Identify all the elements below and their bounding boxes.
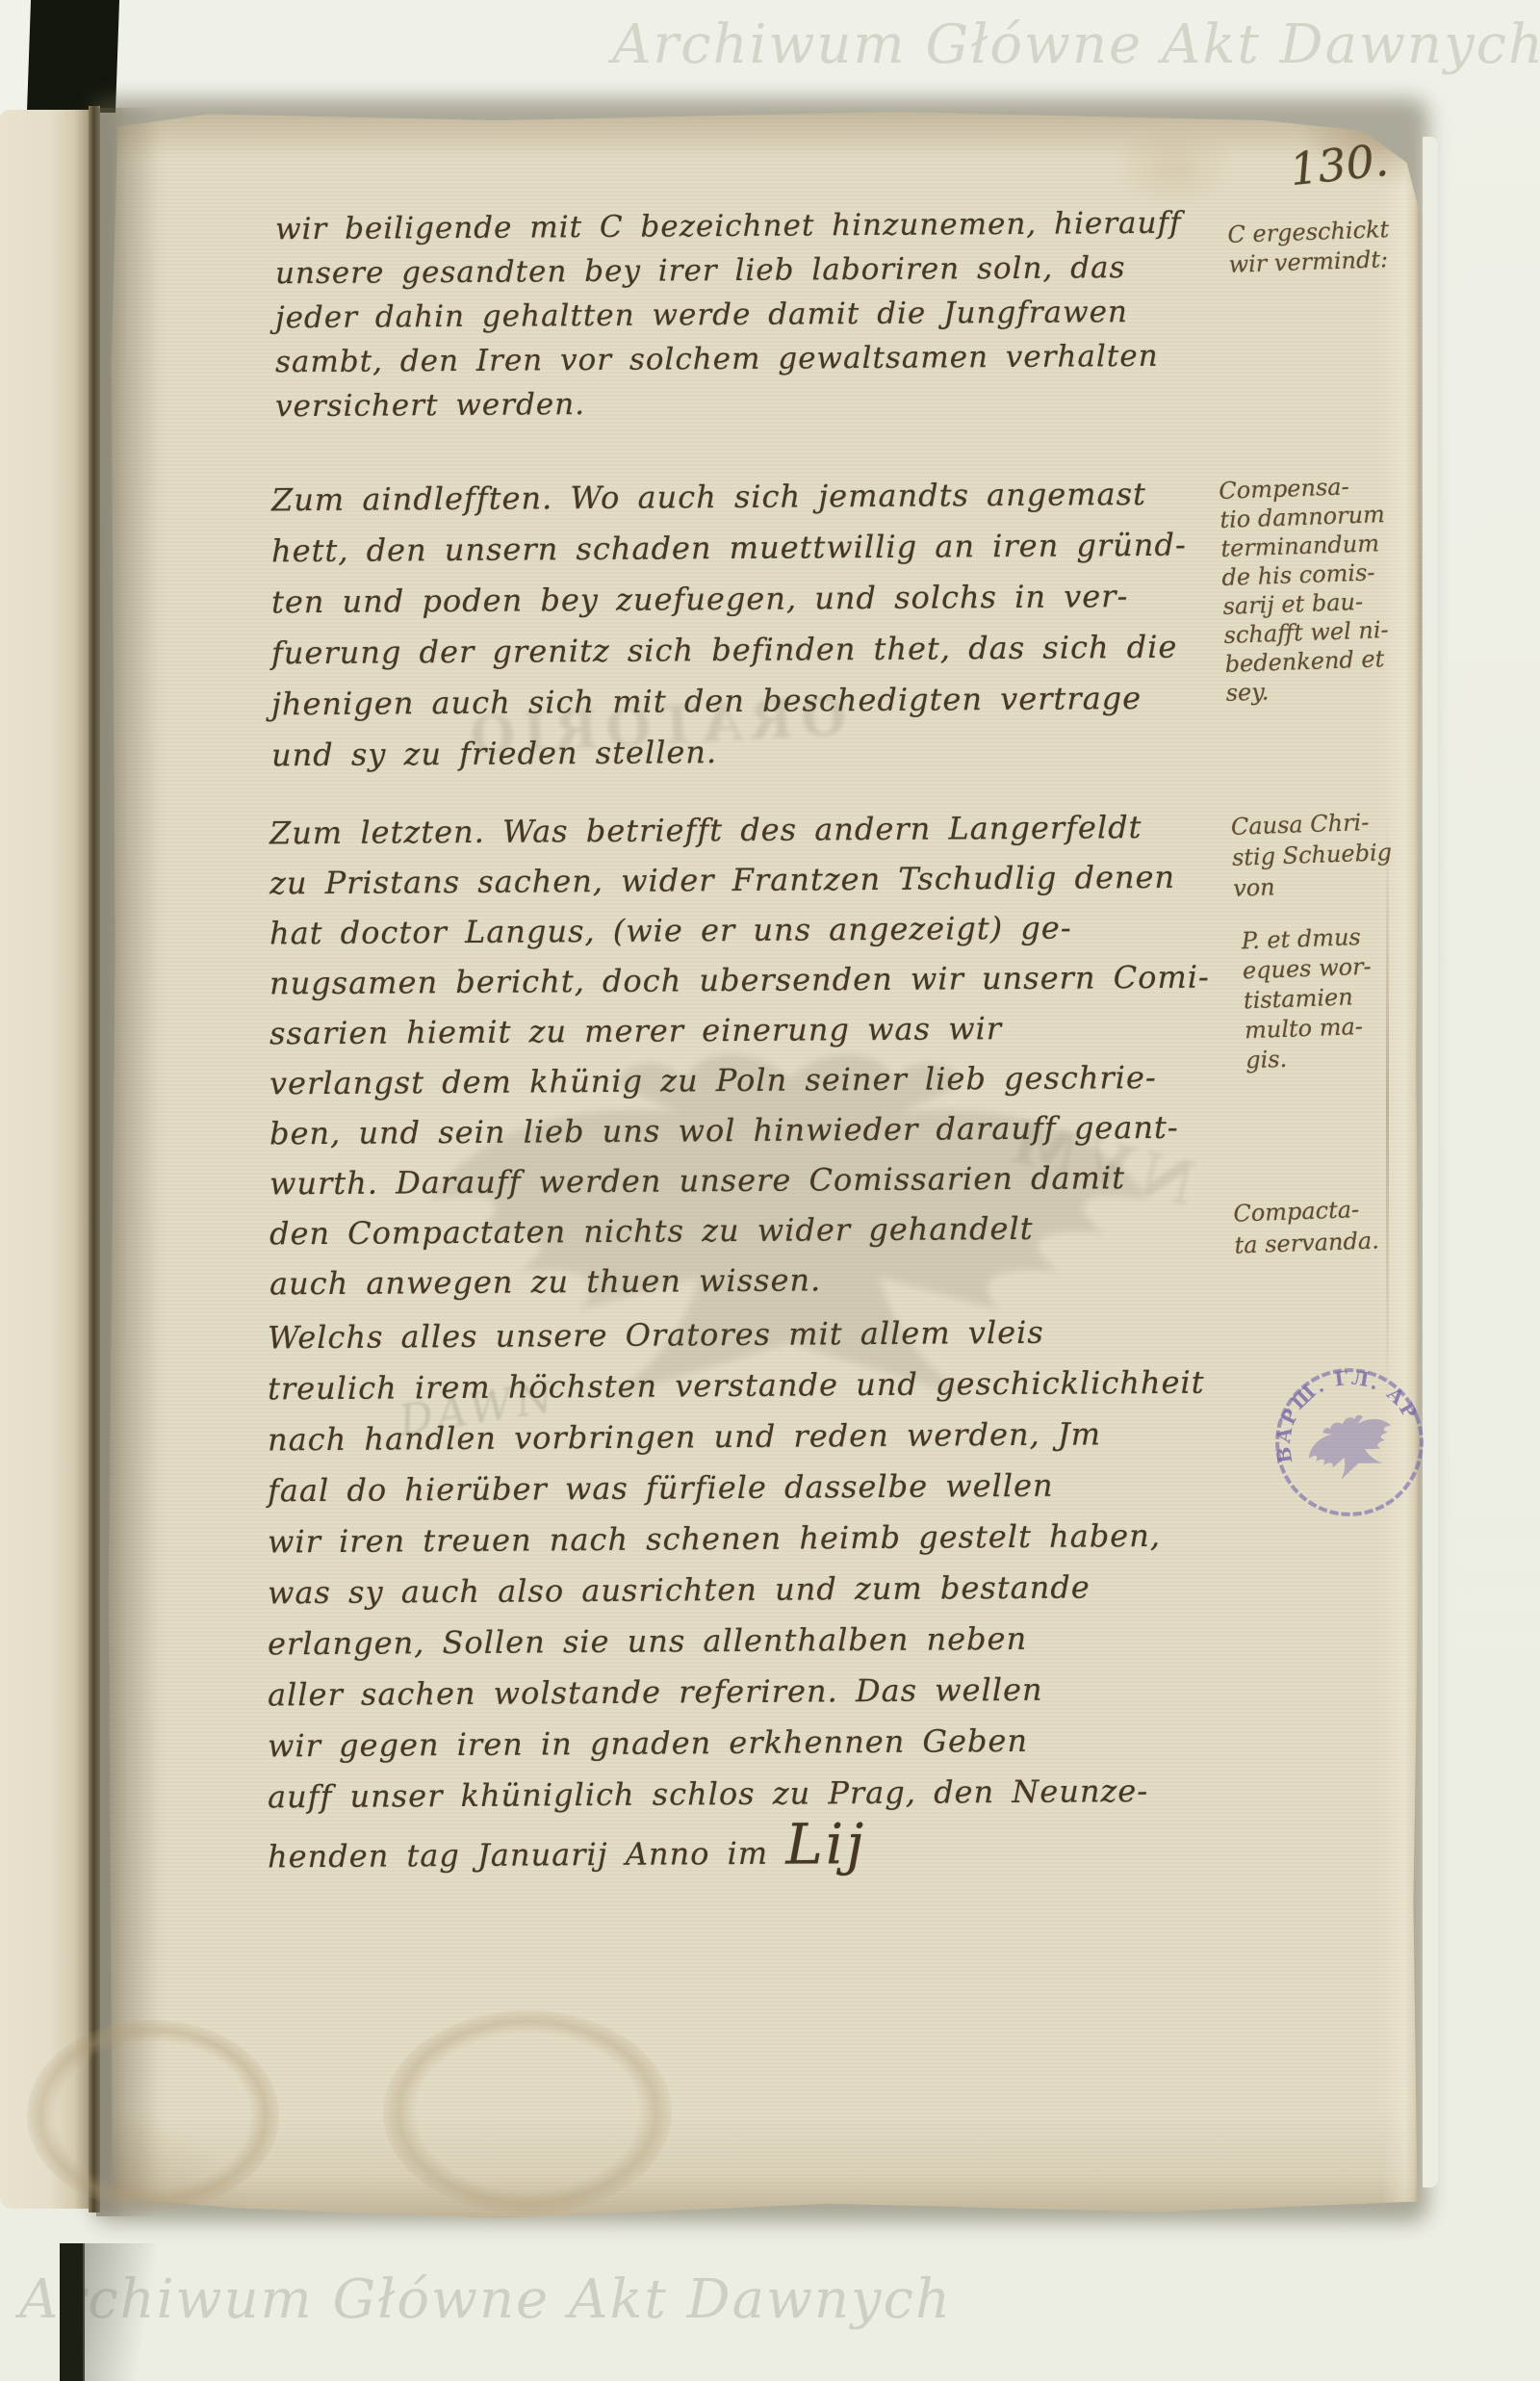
margin-note-line: ta servanda.: [1234, 1225, 1379, 1261]
manuscript-line: hat doctor Langus, (wie er uns angezeigt…: [269, 902, 1210, 959]
margin-note: Compacta- ta servanda.: [1233, 1193, 1379, 1261]
margin-note-line: sey.: [1225, 673, 1391, 708]
ribbon-shadow: [83, 2243, 169, 2381]
manuscript-line: Zum letzten. Was betriefft des andern La…: [269, 802, 1210, 859]
manuscript-line: ben, und sein lieb uns wol hinwieder dar…: [269, 1102, 1210, 1159]
folio-number: 130.: [1287, 134, 1391, 195]
margin-note-line: Compacta-: [1233, 1193, 1378, 1229]
manuscript-line: versichert werden.: [275, 378, 1182, 429]
manuscript-line: hett, den unsern schaden muettwillig an …: [271, 520, 1187, 578]
manuscript-line: den Compactaten nichts zu wider gehandel…: [269, 1203, 1210, 1259]
manuscript-line: Welchs alles unsere Oratores mit allem v…: [268, 1307, 1205, 1364]
bookmark-ribbon-top: [27, 0, 119, 113]
stamp-eagle-icon: [1300, 1404, 1403, 1488]
margin-note-line: P. et dmus: [1241, 922, 1371, 957]
margin-note: Causa Chri- stig Schuebig von: [1230, 806, 1393, 904]
underlying-page-edge: [1423, 137, 1438, 2187]
manuscript-line: verlangst dem khünig zu Poln seiner lieb…: [269, 1052, 1210, 1109]
manuscript-line: jeder dahin gehaltten werde damit die Ju…: [275, 290, 1182, 341]
margin-note-line: eques wor-: [1242, 952, 1372, 987]
manuscript-line: aller sachen wolstande referiren. Das we…: [268, 1664, 1205, 1721]
margin-note: C ergeschickt wir vermindt:: [1227, 215, 1391, 280]
manuscript-line: sambt, den Iren vor solchem gewaltsamen …: [275, 334, 1182, 385]
manuscript-line: wir gegen iren in gnaden erkhennen Geben: [268, 1715, 1205, 1773]
margin-note-line: gis.: [1245, 1042, 1375, 1076]
gutter-shadow: [96, 108, 158, 2216]
margin-note: P. et dmus eques wor- tistamien multo ma…: [1241, 922, 1374, 1076]
closing-date-line: henden tag Januarij Anno im Lij: [268, 1817, 1205, 1883]
manuscript-line: erlangen, Sollen sie uns allenthalben ne…: [268, 1613, 1205, 1670]
margin-note-line: wir vermindt:: [1228, 245, 1391, 280]
margin-note: Compensa- tio damnorum terminandum de hi…: [1219, 471, 1392, 708]
manuscript-line: nach handlen vorbringen und reden werden…: [268, 1409, 1205, 1466]
margin-note-line: bedenkend et: [1224, 644, 1390, 679]
margin-note-line: stig Schuebig: [1231, 837, 1392, 873]
manuscript-line: faal do hierüber was fürfiele dasselbe w…: [268, 1460, 1205, 1517]
manuscript-line: wir beiligende mit C bezeichnet hinzunem…: [275, 201, 1182, 252]
margin-note-line: von: [1233, 867, 1394, 904]
water-stain: [1107, 125, 1242, 212]
manuscript-line: und sy zu frieden stellen.: [271, 724, 1187, 782]
manuscript-line: ten und poden bey zuefuegen, und solchs …: [271, 571, 1187, 629]
margin-note-line: tistamien: [1243, 982, 1373, 1017]
manuscript-line: auff unser khüniglich schlos zu Prag, de…: [268, 1766, 1205, 1824]
manuscript-line: unsere gesandten bey irer lieb laboriren…: [275, 246, 1182, 297]
archive-scan-viewport: Archiwum Główne Akt Dawnych Archiwum Głó…: [0, 0, 1540, 2381]
water-stain: [383, 2010, 672, 2214]
manuscript-line: jhenigen auch sich mit den beschedigten …: [271, 673, 1187, 731]
margin-note-line: multo ma-: [1245, 1012, 1374, 1047]
previous-page-edge: [0, 110, 90, 2209]
body-paragraph: wir beiligende mit C bezeichnet hinzunem…: [275, 204, 1182, 426]
bookmark-ribbon-bottom: [60, 2243, 85, 2381]
manuscript-line: wurth. Darauff werden unsere Comissarien…: [269, 1152, 1210, 1209]
manuscript-line: zu Pristans sachen, wider Frantzen Tschu…: [269, 852, 1210, 909]
manuscript-line: was sy auch also ausrichten und zum best…: [268, 1562, 1205, 1619]
manuscript-line: treulich irem höchsten verstande und ges…: [268, 1358, 1205, 1415]
manuscript-line: wir iren treuen nach schenen heimb geste…: [268, 1511, 1205, 1568]
body-paragraph: Zum letzten. Was betriefft des andern La…: [269, 805, 1210, 1306]
closing-date-text: henden tag Januarij Anno im: [268, 1835, 786, 1876]
archive-watermark-top: Archiwum Główne Akt Dawnych: [612, 13, 1540, 76]
year-numeral: Lij: [785, 1811, 867, 1877]
manuscript-line: auch anwegen zu thuen wissen.: [269, 1253, 1210, 1309]
water-stain: [27, 2020, 279, 2211]
manuscript-line: Zum aindlefften. Wo auch sich jemandts a…: [271, 469, 1187, 527]
body-paragraph: Welchs alles unsere Oratores mit allem v…: [268, 1309, 1205, 1879]
manuscript-line: nugsamen bericht, doch ubersenden wir un…: [269, 952, 1210, 1009]
body-paragraph: Zum aindlefften. Wo auch sich jemandts a…: [271, 472, 1187, 778]
manuscript-line: fuerung der grenitz sich befinden thet, …: [271, 622, 1187, 680]
manuscript-line: ssarien hiemit zu merer einerung was wir: [269, 1002, 1210, 1059]
